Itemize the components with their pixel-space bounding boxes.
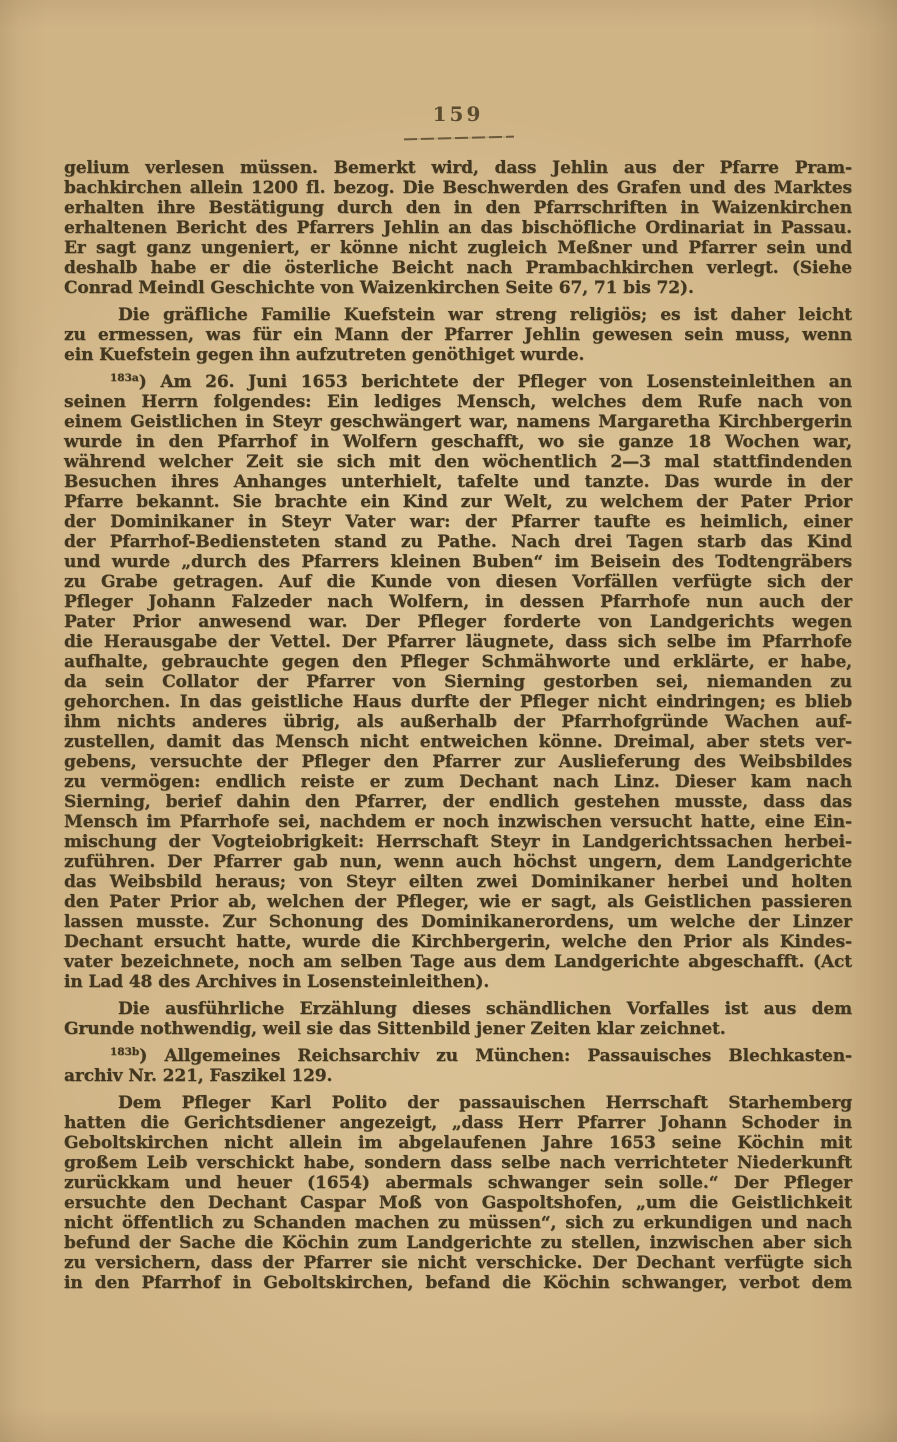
paragraph-kuefstein: Die gräfliche Familie Kuefstein war stre… [64, 305, 852, 365]
text-block: gelium verlesen müssen. Bemerkt wird, da… [64, 158, 852, 1293]
text-line: zurückkam und heuer (1654) abermals schw… [64, 1173, 852, 1193]
text-line: ersuchte den Dechant Caspar Moß von Gasp… [64, 1193, 852, 1213]
page-number-rule [404, 136, 514, 141]
text-line: Pater Prior anwesend war. Der Pfleger fo… [64, 612, 852, 632]
text-line: seinen Herrn folgendes: Ein lediges Mens… [64, 392, 852, 412]
text-line: gebens, versuchte der Pfleger den Pfarre… [64, 752, 852, 772]
text-line: ein Kuefstein gegen ihn aufzutreten genö… [64, 345, 852, 365]
text-line: das Weibsbild heraus; von Steyr eilten z… [64, 872, 852, 892]
text-line: deshalb habe er die österliche Beicht na… [64, 258, 852, 278]
text-line: 183b) Allgemeines Reichsarchiv zu Münche… [64, 1046, 852, 1066]
footnote-first-line: ) Am 26. Juni 1653 berichtete der Pflege… [139, 372, 852, 392]
text-line: Die ausführliche Erzählung dieses schänd… [64, 999, 852, 1019]
footnote-183b: 183b) Allgemeines Reichsarchiv zu Münche… [64, 1046, 852, 1086]
text-line: Conrad Meindl Geschichte von Waizenkirch… [64, 278, 852, 298]
text-line: da sein Collator der Pfarrer von Siernin… [64, 672, 852, 692]
text-line: großem Leib verschickt habe, sondern das… [64, 1153, 852, 1173]
text-line: mischung der Vogteiobrigkeit: Herrschaft… [64, 832, 852, 852]
text-line: in den Pfarrhof in Geboltskirchen, befan… [64, 1273, 852, 1293]
text-line: die Herausgabe der Vettel. Der Pfarrer l… [64, 632, 852, 652]
text-line: Mensch im Pfarrhofe sei, nachdem er noch… [64, 812, 852, 832]
text-line: in Lad 48 des Archives in Losensteinleit… [64, 972, 852, 992]
text-line: den Pater Prior ab, welchen der Pfleger,… [64, 892, 852, 912]
text-line: Dem Pfleger Karl Polito der passauischen… [64, 1093, 852, 1113]
text-line: zustellen, damit das Mensch nicht entwei… [64, 732, 852, 752]
text-line: zu ermessen, was für ein Mann der Pfarre… [64, 325, 852, 345]
text-line: einem Geistlichen in Steyr geschwängert … [64, 412, 852, 432]
page-number: 159 [408, 102, 508, 126]
text-line: aufhalte, gebrauchte gegen den Pfleger S… [64, 652, 852, 672]
text-line: und wurde „durch des Pfarrers kleinen Bu… [64, 552, 852, 572]
text-line: Er sagt ganz ungeniert, er könne nicht z… [64, 238, 852, 258]
text-line: Pfleger Johann Falzeder nach Wolfern, in… [64, 592, 852, 612]
text-line: Grunde nothwendig, weil sie das Sittenbi… [64, 1019, 852, 1039]
footnote-marker-183a: 183a [110, 372, 139, 384]
text-line: gehorchen. In das geistliche Haus durfte… [64, 692, 852, 712]
text-line: archiv Nr. 221, Faszikel 129. [64, 1066, 852, 1086]
footnote-183a-note: Die ausführliche Erzählung dieses schänd… [64, 999, 852, 1039]
footnote-183a: 183a) Am 26. Juni 1653 berichtete der Pf… [64, 372, 852, 992]
text-line: vater bezeichnete, noch am selben Tage a… [64, 952, 852, 972]
text-line: wurde in den Pfarrhof in Wolfern geschaf… [64, 432, 852, 452]
footnote-183b-continuation: Dem Pfleger Karl Polito der passauischen… [64, 1093, 852, 1293]
text-line: erhaltenen Bericht des Pfarrers Jehlin a… [64, 218, 852, 238]
footnote-marker-183b: 183b [110, 1046, 139, 1058]
text-line: ihm nichts anderes übrig, als außerhalb … [64, 712, 852, 732]
text-line: zu versichern, dass der Pfarrer sie nich… [64, 1253, 852, 1273]
text-line: nicht öffentlich zu Schanden machen zu m… [64, 1213, 852, 1233]
text-line: Besuchen ihres Anhanges unterhielt, tafe… [64, 472, 852, 492]
text-line: lassen musste. Zur Schonung des Dominika… [64, 912, 852, 932]
text-line: Die gräfliche Familie Kuefstein war stre… [64, 305, 852, 325]
footnote-first-line: ) Allgemeines Reichsarchiv zu München: P… [139, 1046, 852, 1066]
text-line: während welcher Zeit sie sich mit den wö… [64, 452, 852, 472]
text-line: der Pfarrhof-Bediensteten stand zu Pathe… [64, 532, 852, 552]
text-line: erhalten ihre Bestätigung durch den in d… [64, 198, 852, 218]
text-line: 183a) Am 26. Juni 1653 berichtete der Pf… [64, 372, 852, 392]
text-line: Dechant ersucht hatte, wurde die Kirchbe… [64, 932, 852, 952]
paragraph-continuation: gelium verlesen müssen. Bemerkt wird, da… [64, 158, 852, 298]
text-line: zu Grabe getragen. Auf die Kunde von die… [64, 572, 852, 592]
text-line: Geboltskirchen nicht allein im abgelaufe… [64, 1133, 852, 1153]
text-line: bachkirchen allein 1200 fl. bezog. Die B… [64, 178, 852, 198]
text-line: befund der Sache die Köchin zum Landgeri… [64, 1233, 852, 1253]
text-line: Sierning, berief dahin den Pfarrer, der … [64, 792, 852, 812]
scanned-book-page: { "colors": { "paper": "#cfb486", "ink":… [0, 0, 897, 1442]
text-line: gelium verlesen müssen. Bemerkt wird, da… [64, 158, 852, 178]
text-line: zu vermögen: endlich reiste er zum Decha… [64, 772, 852, 792]
text-line: der Dominikaner in Steyr Vater war: der … [64, 512, 852, 532]
text-line: Pfarre bekannt. Sie brachte ein Kind zur… [64, 492, 852, 512]
text-line: zuführen. Der Pfarrer gab nun, wenn auch… [64, 852, 852, 872]
text-line: hatten die Gerichtsdiener angezeigt, „da… [64, 1113, 852, 1133]
